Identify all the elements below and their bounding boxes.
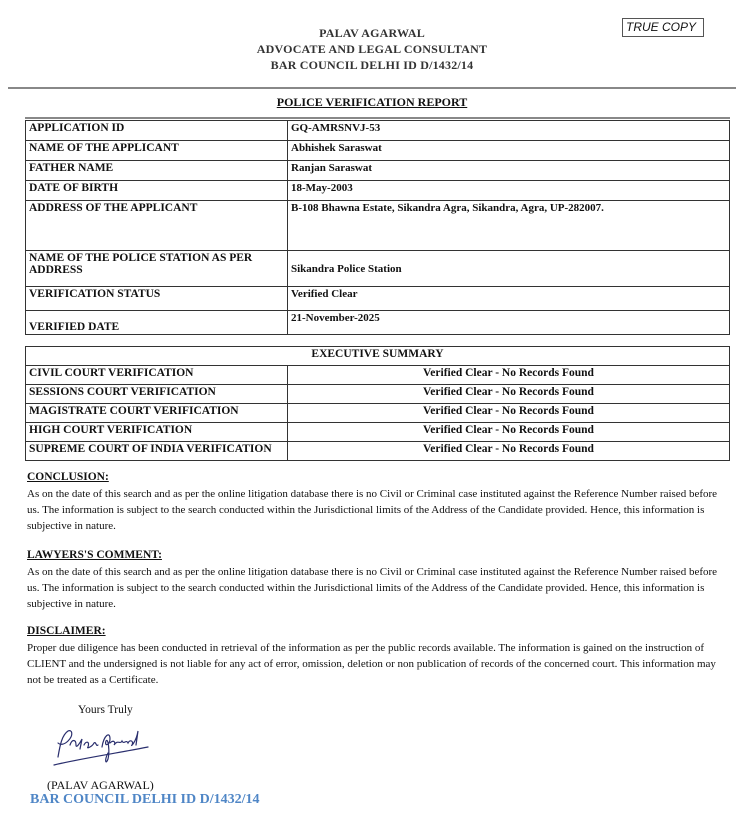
title-divider xyxy=(25,117,730,119)
lawyers-comment-text: As on the date of this search and as per… xyxy=(27,564,727,612)
conclusion-section: CONCLUSION: As on the date of this searc… xyxy=(27,469,727,534)
row-label: MAGISTRATE COURT VERIFICATION xyxy=(26,404,288,423)
disclaimer-text: Proper due diligence has been conducted … xyxy=(27,640,727,688)
table-row: NAME OF THE APPLICANT Abhishek Saraswat xyxy=(26,141,730,161)
closing-text: Yours Truly xyxy=(78,704,133,716)
applicant-details-table: APPLICATION ID GQ-AMRSNVJ-53 NAME OF THE… xyxy=(25,120,730,335)
table-row: CIVIL COURT VERIFICATION Verified Clear … xyxy=(26,366,730,385)
row-label: HIGH COURT VERIFICATION xyxy=(26,423,288,442)
row-label: NAME OF THE POLICE STATION AS PER ADDRES… xyxy=(26,251,288,287)
row-label: SUPREME COURT OF INDIA VERIFICATION xyxy=(26,442,288,461)
executive-summary-table: EXECUTIVE SUMMARY CIVIL COURT VERIFICATI… xyxy=(25,346,730,461)
summary-title: EXECUTIVE SUMMARY xyxy=(26,347,730,366)
true-copy-stamp: TRUE COPY xyxy=(622,18,704,37)
row-label: CIVIL COURT VERIFICATION xyxy=(26,366,288,385)
verified-date-value: 21-November-2025 xyxy=(288,311,730,335)
table-row: SUPREME COURT OF INDIA VERIFICATION Veri… xyxy=(26,442,730,461)
table-row: HIGH COURT VERIFICATION Verified Clear -… xyxy=(26,423,730,442)
advocate-designation: ADVOCATE AND LEGAL CONSULTANT xyxy=(0,41,744,57)
signature-icon xyxy=(48,725,158,775)
row-value: Verified Clear - No Records Found xyxy=(288,442,730,461)
table-row: MAGISTRATE COURT VERIFICATION Verified C… xyxy=(26,404,730,423)
table-row: VERIFICATION STATUS Verified Clear xyxy=(26,287,730,311)
table-row: VERIFIED DATE 21-November-2025 xyxy=(26,311,730,335)
signatory-bar-id: BAR COUNCIL DELHI ID D/1432/14 xyxy=(30,792,259,808)
conclusion-heading: CONCLUSION: xyxy=(27,469,727,485)
row-label: DATE OF BIRTH xyxy=(26,181,288,201)
row-label: VERIFICATION STATUS xyxy=(26,287,288,311)
verification-status-value: Verified Clear xyxy=(288,287,730,311)
table-row: DATE OF BIRTH 18-May-2003 xyxy=(26,181,730,201)
table-row: NAME OF THE POLICE STATION AS PER ADDRES… xyxy=(26,251,730,287)
table-row: FATHER NAME Ranjan Saraswat xyxy=(26,161,730,181)
table-row: ADDRESS OF THE APPLICANT B-108 Bhawna Es… xyxy=(26,201,730,251)
row-label: NAME OF THE APPLICANT xyxy=(26,141,288,161)
conclusion-text: As on the date of this search and as per… xyxy=(27,486,727,534)
row-label: APPLICATION ID xyxy=(26,121,288,141)
disclaimer-section: DISCLAIMER: Proper due diligence has bee… xyxy=(27,623,727,688)
header-divider xyxy=(8,87,736,89)
row-value: Verified Clear - No Records Found xyxy=(288,423,730,442)
dob-value: 18-May-2003 xyxy=(288,181,730,201)
table-header-row: EXECUTIVE SUMMARY xyxy=(26,347,730,366)
application-id-value: GQ-AMRSNVJ-53 xyxy=(288,121,730,141)
father-name-value: Ranjan Saraswat xyxy=(288,161,730,181)
disclaimer-heading: DISCLAIMER: xyxy=(27,623,727,639)
lawyers-comment-heading: LAWYERS'S COMMENT: xyxy=(27,547,727,563)
row-label: ADDRESS OF THE APPLICANT xyxy=(26,201,288,251)
table-row: SESSIONS COURT VERIFICATION Verified Cle… xyxy=(26,385,730,404)
applicant-name-value: Abhishek Saraswat xyxy=(288,141,730,161)
police-station-value: Sikandra Police Station xyxy=(288,251,730,287)
table-row: APPLICATION ID GQ-AMRSNVJ-53 xyxy=(26,121,730,141)
row-value: Verified Clear - No Records Found xyxy=(288,366,730,385)
row-label: SESSIONS COURT VERIFICATION xyxy=(26,385,288,404)
row-value: Verified Clear - No Records Found xyxy=(288,404,730,423)
lawyers-comment-section: LAWYERS'S COMMENT: As on the date of thi… xyxy=(27,547,727,612)
address-value: B-108 Bhawna Estate, Sikandra Agra, Sika… xyxy=(288,201,730,251)
signatory-name: (PALAV AGARWAL) xyxy=(47,778,154,793)
row-value: Verified Clear - No Records Found xyxy=(288,385,730,404)
report-title: POLICE VERIFICATION REPORT xyxy=(0,95,744,110)
row-label: FATHER NAME xyxy=(26,161,288,181)
row-label: VERIFIED DATE xyxy=(26,311,288,335)
advocate-bar-id: BAR COUNCIL DELHI ID D/1432/14 xyxy=(0,57,744,73)
